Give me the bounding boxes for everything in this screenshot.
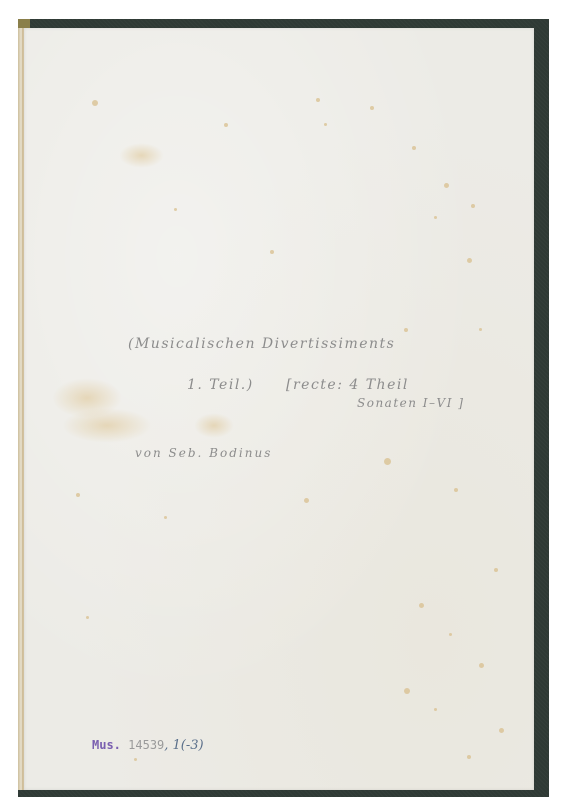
handwritten-part-line: 1. Teil.): [187, 377, 254, 393]
shelfmark-suffix: , 1(-3): [164, 738, 203, 753]
foxing-spot: [434, 216, 437, 219]
foxing-spot: [92, 100, 98, 106]
foxing-spot: [76, 493, 80, 497]
foxing-spot: [494, 568, 498, 572]
foxing-spot: [454, 488, 458, 492]
shelfmark-number: 14539: [128, 738, 164, 752]
shelfmark-stamp: Mus. 14539, 1(-3): [92, 738, 204, 753]
foxing-spot: [270, 250, 274, 254]
foxing-spot: [164, 516, 167, 519]
foxing-spot: [479, 663, 484, 668]
foxing-spot: [304, 498, 309, 503]
foxing-spot: [384, 458, 391, 465]
foxing-spot: [434, 708, 437, 711]
shelfmark-prefix: Mus.: [92, 738, 121, 752]
water-stain: [119, 143, 164, 168]
foxing-spot: [499, 728, 504, 733]
foxing-spot: [419, 603, 424, 608]
foxing-spot: [370, 106, 374, 110]
foxing-spot: [449, 633, 452, 636]
foxing-spot: [404, 328, 408, 332]
foxing-spot: [471, 204, 475, 208]
handwritten-author-line: von Seb. Bodinus: [135, 446, 272, 460]
foxing-spot: [479, 328, 482, 331]
water-stain: [194, 413, 234, 438]
foxing-spot: [316, 98, 320, 102]
foxing-spot: [224, 123, 228, 127]
foxing-spot: [324, 123, 327, 126]
foxing-spot: [134, 758, 137, 761]
foxing-spot: [467, 755, 471, 759]
foxing-spot: [444, 183, 449, 188]
foxing-spot: [174, 208, 177, 211]
handwritten-sonatas-line: Sonaten I–VI ]: [357, 396, 464, 410]
water-stain: [62, 408, 152, 443]
handwritten-title-line: (Musicalischen Divertissiments: [128, 336, 395, 352]
foxing-spot: [412, 146, 416, 150]
foxing-spot: [86, 616, 89, 619]
foxing-spot: [467, 258, 472, 263]
foxing-spot: [404, 688, 410, 694]
handwritten-correction-line: [recte: 4 Theil: [286, 377, 409, 393]
